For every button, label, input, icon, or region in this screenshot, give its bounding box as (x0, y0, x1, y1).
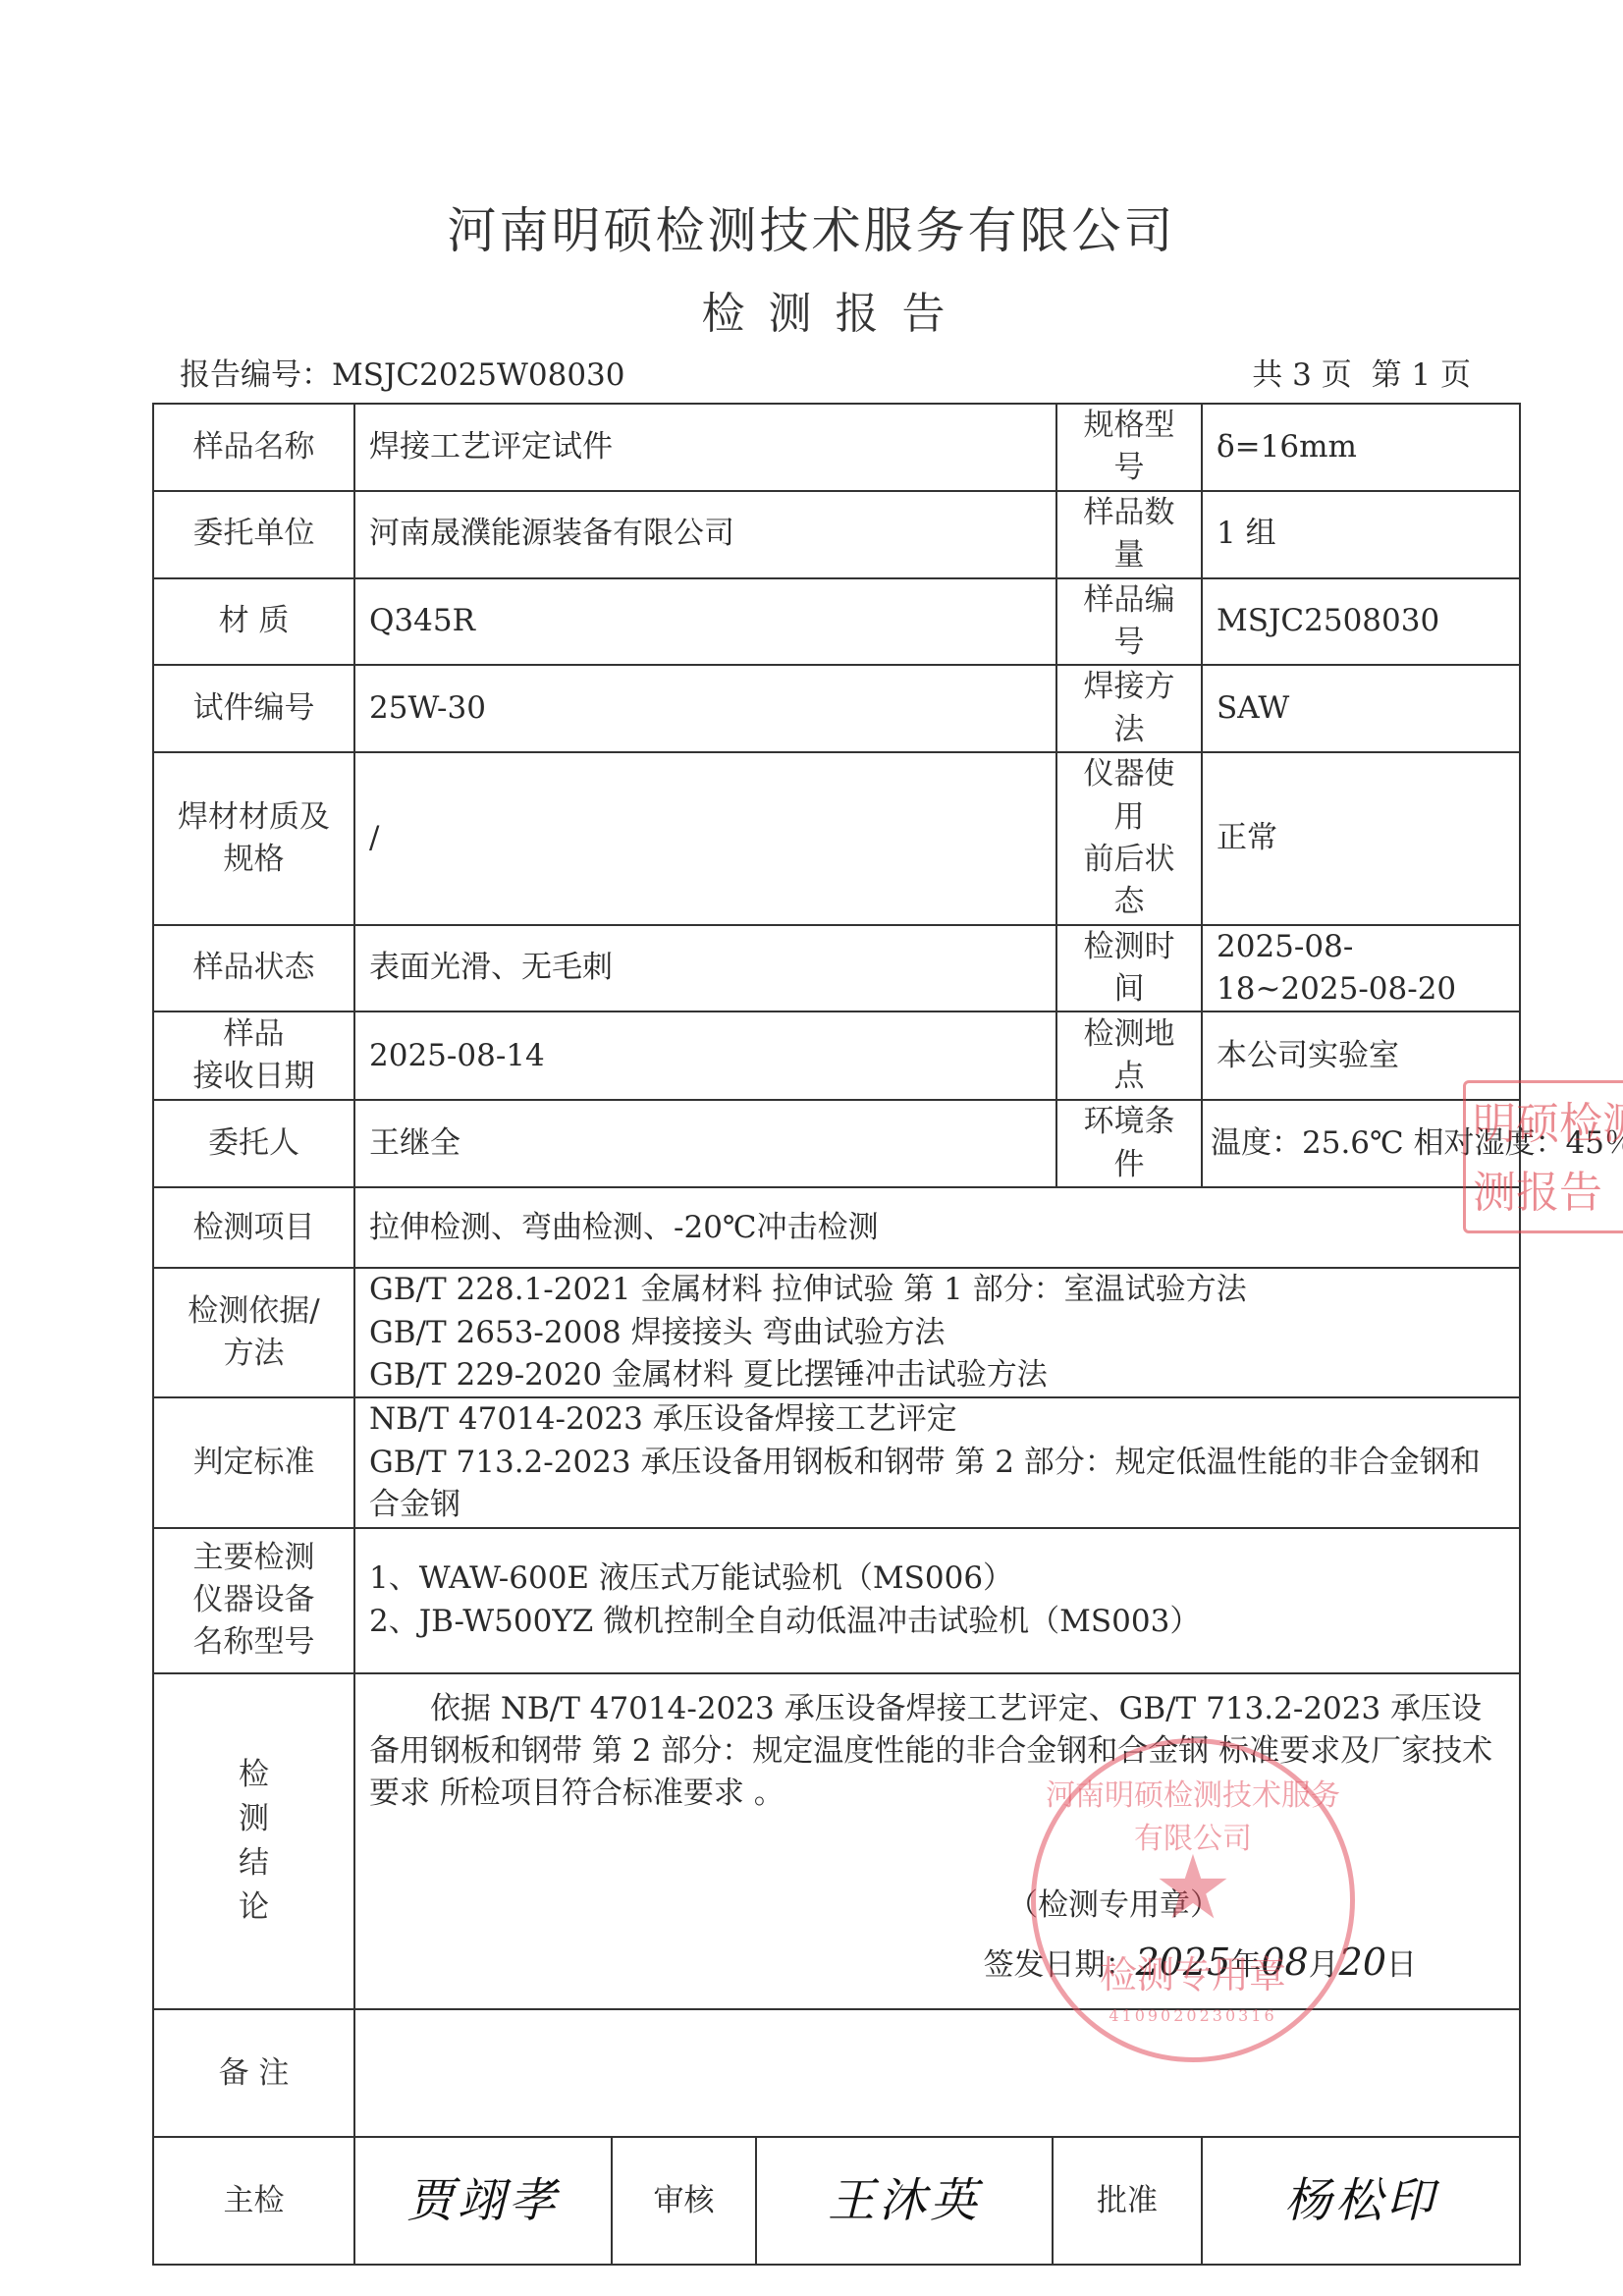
value-basis: GB/T 228.1-2021 金属材料 拉伸试验 第 1 部分：室温试验方法 … (354, 1268, 1520, 1397)
basis-line: GB/T 228.1-2021 金属材料 拉伸试验 第 1 部分：室温试验方法 (369, 1269, 1505, 1311)
day-char: 日 (1386, 1947, 1417, 1983)
seal-note: （检测专用章） (369, 1885, 1505, 1927)
report-number-value: MSJC2025W08030 (332, 357, 625, 393)
value-instrument-status: 正常 (1202, 752, 1520, 925)
equipment-line: 1、WAW-600E 液压式万能试验机（MS006） (369, 1558, 1505, 1600)
row-material: 材 质 Q345R 样品编号 MSJC2508030 (153, 578, 1520, 666)
criteria-line: NB/T 47014-2023 承压设备焊接工艺评定 (369, 1398, 1509, 1441)
label-specimen-no: 试件编号 (153, 665, 354, 752)
row-signatures: 主检 贾翊孝 审核 王沐英 批准 杨松印 (153, 2137, 1520, 2265)
report-number-label: 报告编号： (180, 357, 332, 393)
value-sample-no: MSJC2508030 (1202, 578, 1520, 666)
issue-month: 08 (1261, 1941, 1308, 1984)
row-basis: 检测依据/ 方法 GB/T 228.1-2021 金属材料 拉伸试验 第 1 部… (153, 1268, 1520, 1397)
signature-cells: 贾翊孝 审核 王沐英 批准 杨松印 (354, 2137, 1520, 2265)
value-sample-state: 表面光滑、无毛刺 (354, 925, 1056, 1012)
label-weld-method: 焊接方法 (1056, 665, 1202, 752)
year-char: 年 (1230, 1947, 1261, 1983)
criteria-line: GB/T 713.2-2023 承压设备用钢板和钢带 第 2 部分：规定低温性能… (369, 1442, 1509, 1527)
value-spec-model: δ=16mm (1202, 404, 1520, 491)
row-filler: 焊材材质及 规格 / 仪器使用 前后状态 正常 (153, 752, 1520, 925)
value-equipment: 1、WAW-600E 液压式万能试验机（MS006） 2、JB-W500YZ 微… (354, 1528, 1520, 1673)
row-test-items: 检测项目 拉伸检测、弯曲检测、-20℃冲击检测 (153, 1187, 1520, 1268)
label-spec-model: 规格型号 (1056, 404, 1202, 491)
value-receive-date: 2025-08-14 (354, 1011, 1056, 1100)
issue-date: 签发日期：2025年08月20日 (369, 1937, 1505, 1989)
label-criteria: 判定标准 (153, 1397, 354, 1527)
label-test-time: 检测时间 (1056, 925, 1202, 1012)
label-basis-line1: 检测依据/ (168, 1290, 340, 1333)
label-sample-state: 样品状态 (153, 925, 354, 1012)
row-sample-name: 样品名称 焊接工艺评定试件 规格型号 δ=16mm (153, 404, 1520, 491)
row-conclusion: 检 测 结 论 依据 NB/T 47014-2023 承压设备焊接工艺评定、GB… (153, 1673, 1520, 2010)
label-sample-qty: 样品数量 (1056, 491, 1202, 578)
equipment-line: 2、JB-W500YZ 微机控制全自动低温冲击试验机（MS003） (369, 1601, 1505, 1643)
label-test-location: 检测地点 (1056, 1011, 1202, 1100)
current-page: 第 1 页 (1372, 357, 1471, 393)
issue-day: 20 (1339, 1941, 1386, 1984)
issue-date-label: 签发日期： (984, 1947, 1136, 1983)
label-instrument-status-line2: 前后状态 (1071, 839, 1187, 924)
label-conclusion-char: 测 (236, 1797, 272, 1841)
value-weld-method: SAW (1202, 665, 1520, 752)
row-principal: 委托人 王继全 环境条件 温度：25.6℃ 相对湿度：45％ (153, 1100, 1520, 1187)
label-filler-line1: 焊材材质及 (168, 796, 340, 839)
row-criteria: 判定标准 NB/T 47014-2023 承压设备焊接工艺评定 GB/T 713… (153, 1397, 1520, 1527)
label-conclusion-char: 论 (236, 1886, 272, 1930)
label-approver: 批准 (1052, 2138, 1203, 2264)
label-receive-date: 样品 接收日期 (153, 1011, 354, 1100)
row-remarks: 备 注 (153, 2009, 1520, 2137)
label-material: 材 质 (153, 578, 354, 666)
label-remarks: 备 注 (153, 2009, 354, 2137)
label-reviewer: 审核 (611, 2138, 757, 2264)
value-test-location: 本公司实验室 (1202, 1011, 1520, 1100)
value-criteria: NB/T 47014-2023 承压设备焊接工艺评定 GB/T 713.2-20… (354, 1397, 1520, 1527)
label-inspector: 主检 (153, 2137, 354, 2265)
label-filler-line2: 规格 (168, 839, 340, 881)
value-sample-qty: 1 组 (1202, 491, 1520, 578)
label-equipment-line2: 仪器设备 (168, 1579, 340, 1621)
label-filler: 焊材材质及 规格 (153, 752, 354, 925)
row-sample-state: 样品状态 表面光滑、无毛刺 检测时间 2025-08-18~2025-08-20 (153, 925, 1520, 1012)
label-receive-date-line2: 接收日期 (168, 1056, 340, 1098)
value-conclusion: 依据 NB/T 47014-2023 承压设备焊接工艺评定、GB/T 713.2… (354, 1673, 1520, 2010)
label-basis: 检测依据/ 方法 (153, 1268, 354, 1397)
value-test-time: 2025-08-18~2025-08-20 (1202, 925, 1520, 1012)
value-principal: 王继全 (354, 1100, 1056, 1187)
label-basis-line2: 方法 (168, 1333, 340, 1375)
issue-year: 2025 (1136, 1941, 1231, 1984)
row-equipment: 主要检测 仪器设备 名称型号 1、WAW-600E 液压式万能试验机（MS006… (153, 1528, 1520, 1673)
label-conclusion-char: 检 (236, 1753, 272, 1797)
label-instrument-status-line1: 仪器使用 (1071, 753, 1187, 839)
total-pages: 共 3 页 (1252, 357, 1351, 393)
label-environment: 环境条件 (1056, 1100, 1202, 1187)
basis-line: GB/T 2653-2008 焊接接头 弯曲试验方法 (369, 1312, 1505, 1354)
value-filler: / (354, 752, 1056, 925)
conclusion-text: 依据 NB/T 47014-2023 承压设备焊接工艺评定、GB/T 713.2… (369, 1688, 1505, 1816)
page-indicator: 共 3 页 第 1 页 (1242, 350, 1471, 394)
label-conclusion: 检 测 结 论 (153, 1673, 354, 2010)
report-title: 检测报告 (0, 278, 1623, 341)
label-principal: 委托人 (153, 1100, 354, 1187)
month-char: 月 (1309, 1947, 1339, 1983)
company-name: 河南明硕检测技术服务有限公司 (0, 191, 1623, 262)
approver-signature: 杨松印 (1203, 2168, 1519, 2234)
label-conclusion-char: 结 (236, 1841, 272, 1886)
report-table: 样品名称 焊接工艺评定试件 规格型号 δ=16mm 委托单位 河南晟濮能源装备有… (152, 403, 1521, 2266)
row-client: 委托单位 河南晟濮能源装备有限公司 样品数量 1 组 (153, 491, 1520, 578)
label-test-items: 检测项目 (153, 1187, 354, 1268)
label-client: 委托单位 (153, 491, 354, 578)
label-equipment-line3: 名称型号 (168, 1621, 340, 1664)
reviewer-signature: 王沐英 (757, 2168, 1052, 2234)
value-client: 河南晟濮能源装备有限公司 (354, 491, 1056, 578)
label-equipment-line1: 主要检测 (168, 1537, 340, 1579)
label-equipment: 主要检测 仪器设备 名称型号 (153, 1528, 354, 1673)
label-instrument-status: 仪器使用 前后状态 (1056, 752, 1202, 925)
value-test-items: 拉伸检测、弯曲检测、-20℃冲击检测 (354, 1187, 1520, 1268)
value-remarks (354, 2009, 1520, 2137)
label-sample-name: 样品名称 (153, 404, 354, 491)
row-receive-date: 样品 接收日期 2025-08-14 检测地点 本公司实验室 (153, 1011, 1520, 1100)
inspector-signature: 贾翊孝 (355, 2168, 611, 2234)
value-material: Q345R (354, 578, 1056, 666)
row-specimen: 试件编号 25W-30 焊接方法 SAW (153, 665, 1520, 752)
label-sample-no: 样品编号 (1056, 578, 1202, 666)
label-receive-date-line1: 样品 (168, 1013, 340, 1056)
value-specimen-no: 25W-30 (354, 665, 1056, 752)
basis-line: GB/T 229-2020 金属材料 夏比摆锤冲击试验方法 (369, 1354, 1505, 1396)
value-sample-name: 焊接工艺评定试件 (354, 404, 1056, 491)
value-environment: 温度：25.6℃ 相对湿度：45％ (1202, 1100, 1520, 1187)
report-number: 报告编号：MSJC2025W08030 (180, 350, 625, 394)
